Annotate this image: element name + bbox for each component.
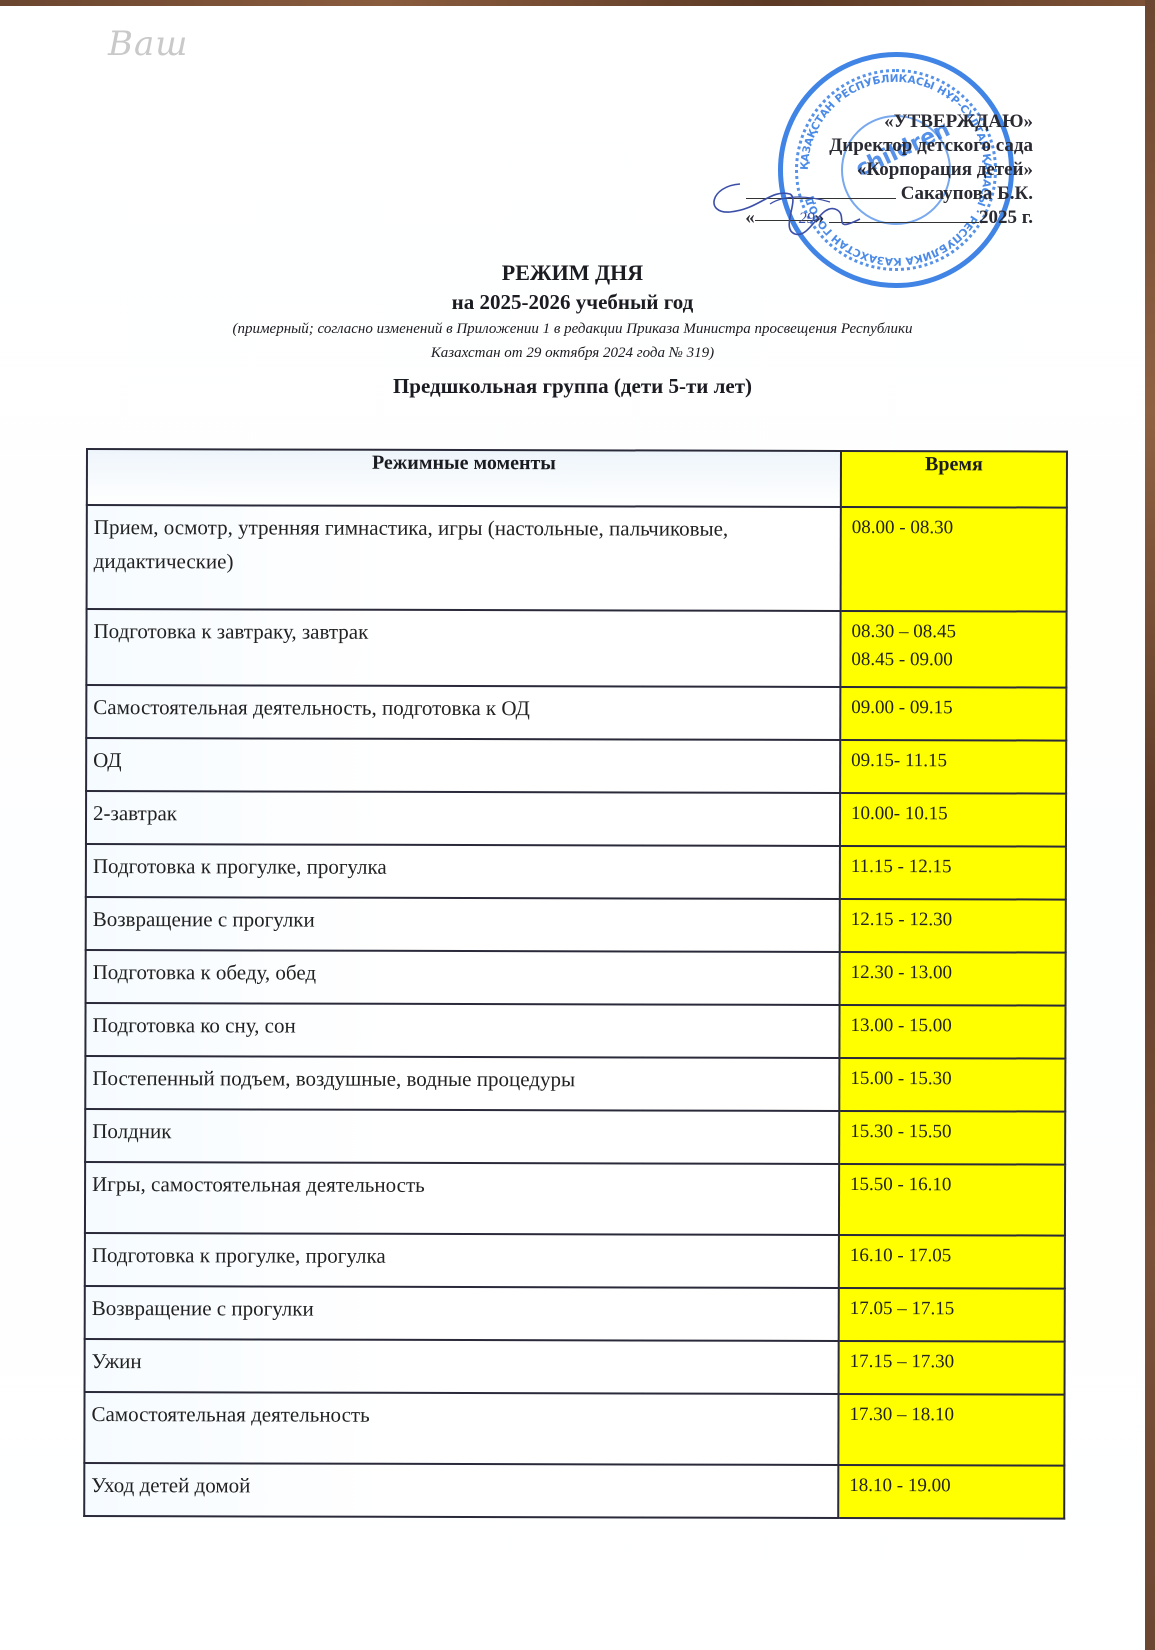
time-range: 10.00- 10.15 xyxy=(851,800,1057,829)
time-cell: 12.15 - 12.30 xyxy=(840,899,1066,953)
time-cell: 09.15- 11.15 xyxy=(840,740,1066,794)
time-range: 17.15 – 17.30 xyxy=(850,1348,1056,1377)
table-row: Возвращение с прогулки17.05 – 17.15 xyxy=(85,1286,1065,1342)
pencil-note: Ваш xyxy=(108,24,188,64)
table-row: Прием, осмотр, утренняя гимнастика, игры… xyxy=(87,505,1067,612)
time-cell: 17.30 – 18.10 xyxy=(838,1394,1064,1466)
activity-cell: Подготовка к завтраку, завтрак xyxy=(86,609,840,687)
table-row: Подготовка к прогулке, прогулка11.15 - 1… xyxy=(86,844,1066,900)
time-cell: 15.30 - 15.50 xyxy=(839,1111,1065,1165)
time-range: 12.15 - 12.30 xyxy=(851,906,1057,935)
time-cell: 15.50 - 16.10 xyxy=(839,1164,1065,1236)
table-header-row: Режимные моменты Время xyxy=(87,449,1067,508)
time-cell: 08.30 – 08.4508.45 - 09.00 xyxy=(840,611,1066,688)
time-cell: 10.00- 10.15 xyxy=(840,793,1066,847)
document-page: Ваш ҚАЗАҚСТАН РЕСПУБЛИКАСЫ НҰР-СҰЛТАН ҚА… xyxy=(0,6,1145,1650)
activity-cell: Самостоятельная деятельность, подготовка… xyxy=(86,685,840,740)
time-range: 13.00 - 15.00 xyxy=(850,1012,1056,1041)
time-range: 12.30 - 13.00 xyxy=(851,959,1057,988)
table-row: Подготовка к прогулке, прогулка16.10 - 1… xyxy=(85,1233,1065,1289)
time-range: 17.05 – 17.15 xyxy=(850,1295,1056,1324)
time-range: 15.50 - 16.10 xyxy=(850,1171,1056,1200)
table-row: Ужин17.15 – 17.30 xyxy=(85,1339,1065,1395)
activity-cell: 2-завтрак xyxy=(86,791,840,846)
activity-cell: Возвращение с прогулки xyxy=(85,1286,839,1341)
time-range: 11.15 - 12.15 xyxy=(851,853,1057,882)
activity-cell: Подготовка ко сну, сон xyxy=(85,1003,839,1058)
activity-cell: Ужин xyxy=(85,1339,839,1394)
time-cell: 15.00 - 15.30 xyxy=(839,1058,1065,1112)
group-title: Предшкольная группа (дети 5-ти лет) xyxy=(0,369,1145,403)
activity-cell: Подготовка к прогулке, прогулка xyxy=(85,1233,839,1288)
time-range: 15.30 - 15.50 xyxy=(850,1118,1056,1147)
activity-cell: Возвращение с прогулки xyxy=(86,897,840,952)
time-range: 18.10 - 19.00 xyxy=(849,1472,1055,1501)
time-cell: 16.10 - 17.05 xyxy=(839,1235,1065,1289)
legal-note: (примерный; согласно изменений в Приложе… xyxy=(123,317,1023,365)
time-range: 09.15- 11.15 xyxy=(851,747,1057,776)
table-row: Подготовка ко сну, сон13.00 - 15.00 xyxy=(85,1003,1065,1059)
time-range: 15.00 - 15.30 xyxy=(850,1065,1056,1094)
time-cell: 17.15 – 17.30 xyxy=(839,1341,1065,1395)
time-range: 08.30 – 08.45 xyxy=(851,618,1057,647)
time-cell: 08.00 - 08.30 xyxy=(841,507,1067,612)
activity-cell: Самостоятельная деятельность xyxy=(84,1392,838,1465)
time-cell: 17.05 – 17.15 xyxy=(839,1288,1065,1342)
table-row: Постепенный подъем, воздушные, водные пр… xyxy=(85,1056,1065,1112)
time-cell: 11.15 - 12.15 xyxy=(840,846,1066,900)
time-cell: 13.00 - 15.00 xyxy=(839,1005,1065,1059)
table-row: ОД09.15- 11.15 xyxy=(86,738,1066,794)
activity-cell: Прием, осмотр, утренняя гимнастика, игры… xyxy=(87,505,841,611)
table-row: Подготовка к обеду, обед12.30 - 13.00 xyxy=(86,950,1066,1006)
approval-position: Директор детского сада xyxy=(745,134,1033,158)
activity-cell: Подготовка к обеду, обед xyxy=(86,950,840,1005)
time-range: 09.00 - 09.15 xyxy=(851,694,1057,723)
table-row: Возвращение с прогулки12.15 - 12.30 xyxy=(86,897,1066,953)
table-row: Уход детей домой18.10 - 19.00 xyxy=(84,1463,1064,1519)
approval-heading: «УТВЕРЖДАЮ» xyxy=(745,110,1033,134)
activity-cell: Подготовка к прогулке, прогулка xyxy=(86,844,840,899)
column-header-activity: Режимные моменты xyxy=(87,449,841,507)
activity-cell: Уход детей домой xyxy=(84,1463,838,1518)
time-cell: 18.10 - 19.00 xyxy=(838,1465,1064,1519)
time-range: 17.30 – 18.10 xyxy=(849,1401,1055,1430)
wood-background-right xyxy=(1145,0,1155,1650)
time-range: 08.00 - 08.30 xyxy=(852,514,1058,543)
time-cell: 09.00 - 09.15 xyxy=(840,687,1066,741)
table-row: Подготовка к завтраку, завтрак08.30 – 08… xyxy=(86,609,1066,688)
activity-cell: Игры, самостоятельная деятельность xyxy=(85,1162,839,1235)
column-header-time: Время xyxy=(841,451,1067,508)
time-cell: 12.30 - 13.00 xyxy=(840,952,1066,1006)
table-row: Самостоятельная деятельность, подготовка… xyxy=(86,685,1066,741)
page-subtitle: на 2025-2026 учебный год xyxy=(0,287,1145,317)
activity-cell: Постепенный подъем, воздушные, водные пр… xyxy=(85,1056,839,1111)
table-row: 2-завтрак10.00- 10.15 xyxy=(86,791,1066,847)
table-row: Игры, самостоятельная деятельность15.50 … xyxy=(85,1162,1065,1236)
signature-icon xyxy=(700,174,900,244)
activity-cell: ОД xyxy=(86,738,840,793)
activity-cell: Полдник xyxy=(85,1109,839,1164)
time-range: 16.10 - 17.05 xyxy=(850,1242,1056,1271)
table-row: Полдник15.30 - 15.50 xyxy=(85,1109,1065,1165)
table-row: Самостоятельная деятельность17.30 – 18.1… xyxy=(84,1392,1064,1466)
time-range: 08.45 - 09.00 xyxy=(851,646,1057,675)
schedule-table: Режимные моменты Время Прием, осмотр, ут… xyxy=(83,448,1068,1520)
